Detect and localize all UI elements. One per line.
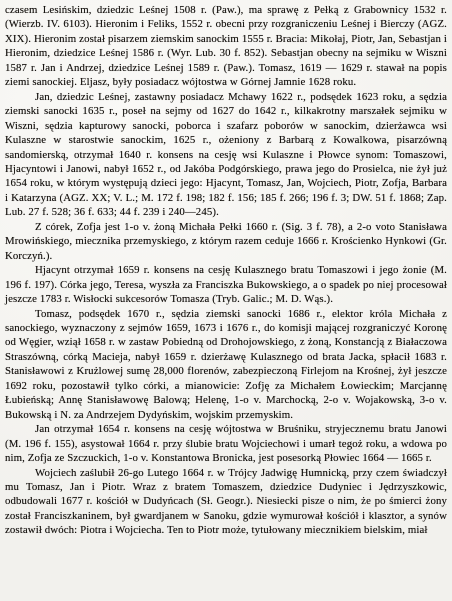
paragraph-2: Jan, dziedzic Leśnej, zastawny posiadacz…: [5, 90, 447, 220]
paragraph-3: Z córek, Zofja jest 1-o v. żoną Michała …: [5, 220, 447, 263]
paragraph-7: Wojciech zaślubił 26-go Lutego 1664 r. w…: [5, 466, 447, 538]
scanned-page: czasem Lesińskim, dziedzic Leśnej 1508 r…: [0, 0, 452, 601]
paragraph-6: Jan otrzymał 1654 r. konsens na cesję wó…: [5, 422, 447, 465]
text-column: czasem Lesińskim, dziedzic Leśnej 1508 r…: [5, 3, 447, 538]
paragraph-4: Hjacynt otrzymał 1659 r. konsens na cesj…: [5, 263, 447, 306]
paragraph-5: Tomasz, podsędek 1670 r., sędzia ziemski…: [5, 307, 447, 423]
paragraph-1: czasem Lesińskim, dziedzic Leśnej 1508 r…: [5, 3, 447, 90]
